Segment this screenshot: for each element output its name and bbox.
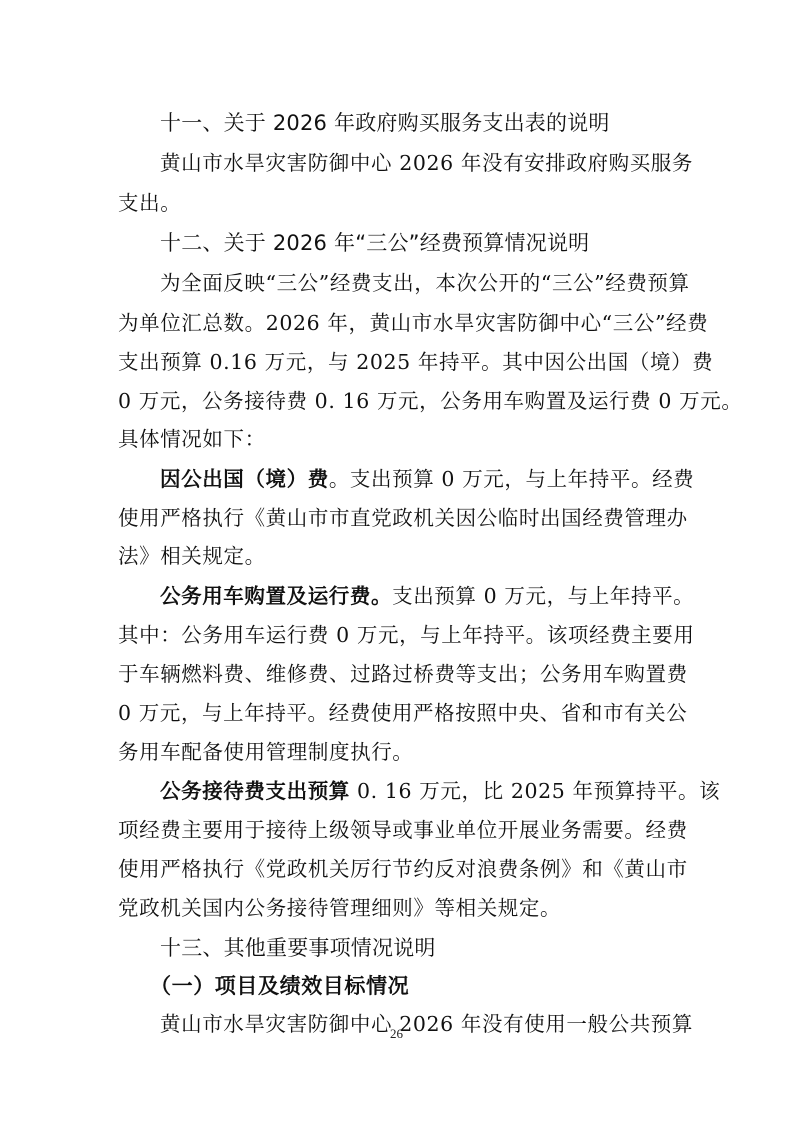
paragraph-line: 支出预算 0.16 万元，与 2025 年持平。其中因公出国（境）费 [118,347,713,377]
paragraph-line: 支出。 [118,188,181,218]
paragraph-line: 党政机关国内公务接待管理细则》等相关规定。 [118,893,561,923]
subheading-projects: （一）项目及绩效目标情况 [150,971,409,1001]
paragraph-line: 具体情况如下： [118,424,266,454]
section-heading-12: 十二、关于 2026 年“三公”经费预算情况说明 [160,228,589,258]
document-page: 十一、关于 2026 年政府购买服务支出表的说明 黄山市水旱灾害防御中心 202… [0,0,793,1122]
paragraph-line: 0 万元，公务接待费 0. 16 万元，公务用车购置及运行费 0 万元。 [118,386,742,416]
section-heading-13: 十三、其他重要事项情况说明 [160,933,436,963]
item-text: 。支出预算 0 万元，与上年持平。经费 [329,467,694,491]
item-text: 支出预算 0 万元，与上年持平。 [392,584,694,608]
paragraph-line: 其中：公务用车运行费 0 万元，与上年持平。该项经费主要用 [118,620,694,650]
item-overseas-travel-first-line: 因公出国（境）费。支出预算 0 万元，与上年持平。经费 [160,464,694,494]
item-reception-first-line: 公务接待费支出预算 0. 16 万元，比 2025 年预算持平。该 [160,776,720,806]
item-label-overseas-travel: 因公出国（境）费 [160,467,329,491]
paragraph-line: 为单位汇总数。2026 年，黄山市水旱灾害防御中心“三公”经费 [118,308,708,338]
item-label-reception: 公务接待费支出预算 [160,779,350,803]
paragraph-line: 0 万元，与上年持平。经费使用严格按照中央、省和市有关公 [118,698,687,728]
paragraph-line: 项经费主要用于接待上级领导或事业单位开展业务需要。经费 [118,815,688,845]
paragraph-line: 使用严格执行《党政机关厉行节约反对浪费条例》和《黄山市 [118,854,688,884]
item-label-vehicles: 公务用车购置及运行费。 [160,584,392,608]
paragraph-line: 法》相关规定。 [118,541,266,571]
page-number: 26 [0,1026,793,1042]
paragraph-line: 使用严格执行《黄山市市直党政机关因公临时出国经费管理办 [118,503,688,533]
item-vehicles-first-line: 公务用车购置及运行费。支出预算 0 万元，与上年持平。 [160,581,694,611]
paragraph-line: 黄山市水旱灾害防御中心 2026 年没有安排政府购买服务 [160,148,693,178]
paragraph-line: 务用车配备使用管理制度执行。 [118,737,413,767]
paragraph-line: 于车辆燃料费、维修费、过路过桥费等支出；公务用车购置费 [118,659,688,689]
section-heading-11: 十一、关于 2026 年政府购买服务支出表的说明 [160,108,610,138]
paragraph-line: 为全面反映“三公”经费支出，本次公开的“三公”经费预算 [160,268,690,298]
item-text: 0. 16 万元，比 2025 年预算持平。该 [350,779,720,803]
